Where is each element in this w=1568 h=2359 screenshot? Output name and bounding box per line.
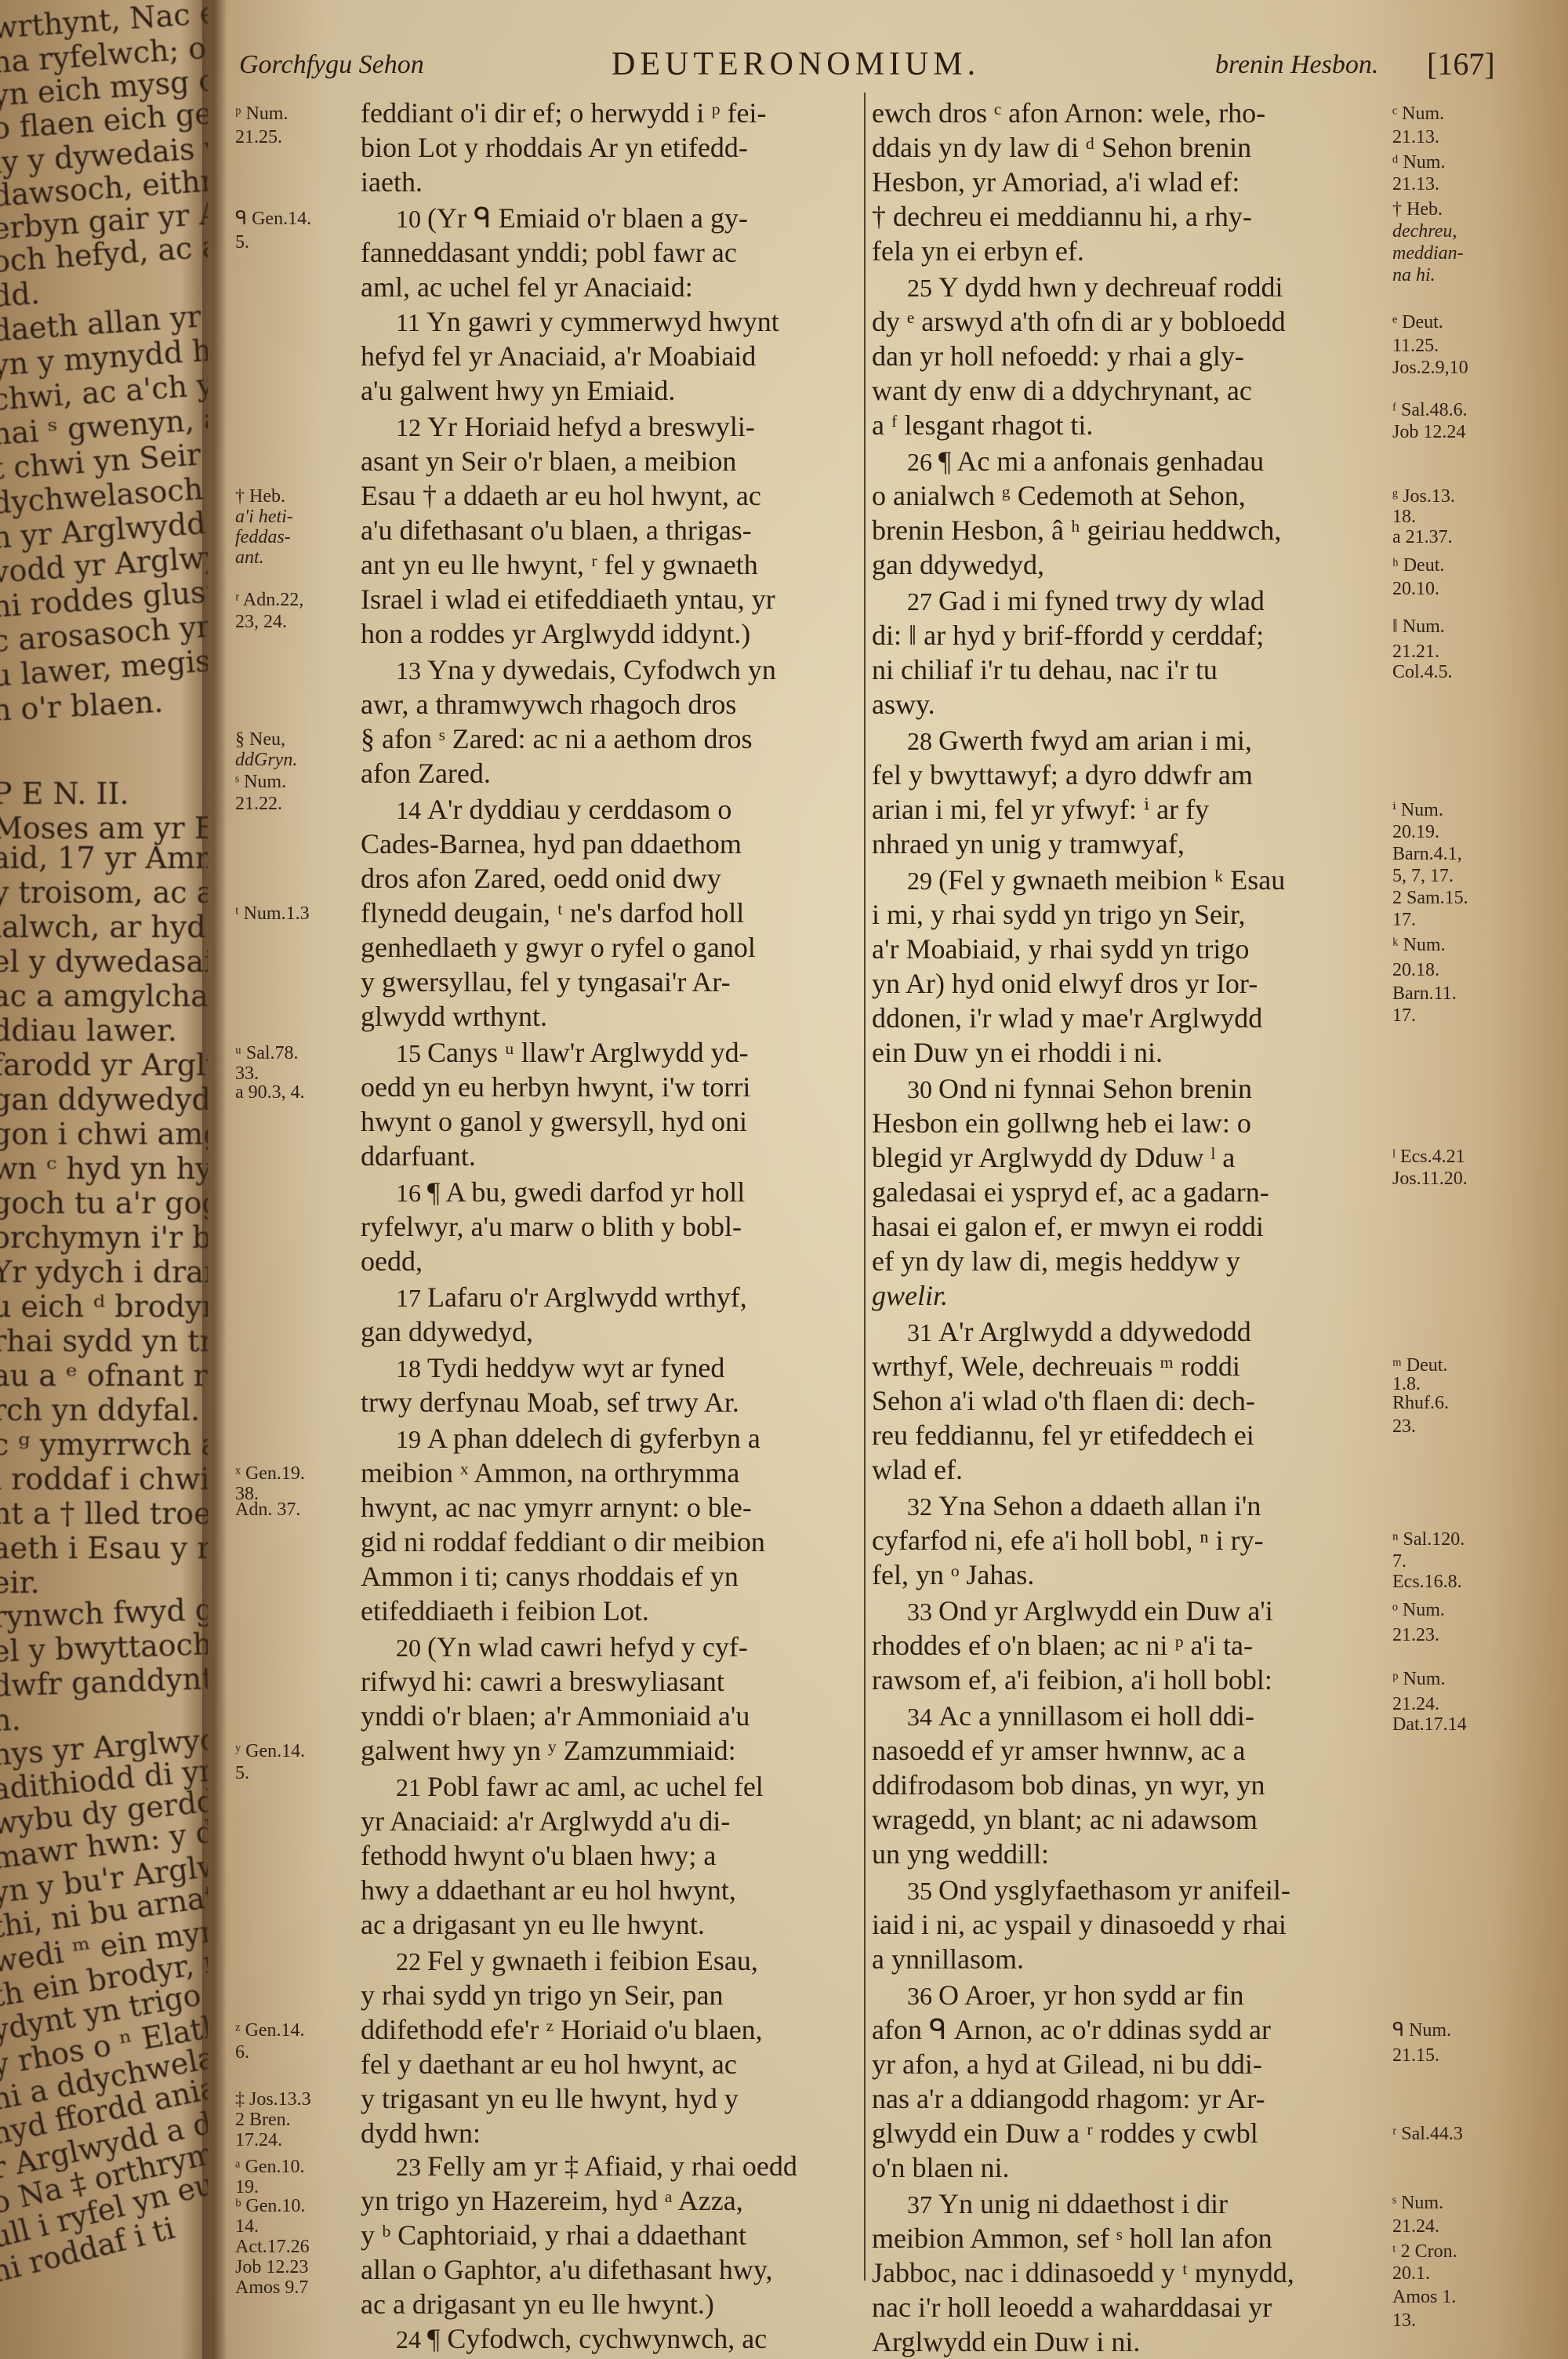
verse-number: 12 [396,413,427,442]
text-line: Sehon a'i wlad o'th flaen di: dech- [872,1385,1255,1416]
line-text: Ac a ynnillasom ei holl ddi- [938,1700,1254,1732]
text-line: nhraed yn unig y tramwyaf, [872,828,1185,860]
line-text: Ammon i ti; canys rhoddais ef yn [361,1561,739,1592]
cross-reference: ᵈ Num. [1392,152,1445,173]
text-line: a ynnillasom. [872,1943,1024,1975]
verse-number: 22 [396,1947,427,1976]
cross-reference: 21.13. [1392,174,1439,194]
line-text: (Yr ᑫ Emiaid o'r blaen a gy- [427,202,748,234]
cross-reference: 21.24. [1392,1694,1439,1714]
text-line: ewch dros ᶜ afon Arnon: wele, rho- [872,97,1265,129]
cross-reference: Job 12.23 [235,2257,308,2277]
facing-page-line: P E N. II. [0,776,129,811]
line-text: iaid i ni, ac yspail y dinasoedd y rhai [872,1909,1287,1940]
text-line: ddifethodd efe'r ᶻ Horiaid o'u blaen, [361,2014,763,2045]
verse-start-line: 17 Lafaru o'r Arglwydd wrthyf, [396,1281,747,1314]
verse-start-line: 36 O Aroer, yr hon sydd ar fin [907,1979,1243,2012]
text-line: a'u difethasant o'u blaen, a thrigas- [361,514,752,546]
cross-reference: 17. [1392,1005,1416,1026]
verse-start-line: 33 Ond yr Arglwydd ein Duw a'i [907,1595,1273,1627]
line-text: ant yn eu lle hwynt, ʳ fel y gwnaeth [361,549,758,580]
line-text: Gwerth fwyd am arian i mi, [938,725,1252,756]
verse-start-line: 22 Fel y gwnaeth i feibion Esau, [396,1945,758,1977]
verse-number: 27 [907,587,938,616]
text-line: Arglwydd ein Duw i ni. [872,2326,1140,2357]
line-text: wrthyf, Wele, dechreuais ᵐ roddi [872,1350,1240,1382]
line-text: oedd yn eu herbyn hwynt, i'w torri [361,1071,750,1103]
text-line: meibion ˣ Ammon, na orthrymma [361,1457,739,1488]
line-text: a ynnillasom. [872,1943,1024,1975]
line-text: Yr Horiaid hefyd a breswyli- [427,411,755,442]
line-text: ¶ Ac mi a anfonais genhadau [938,445,1264,477]
text-line: reu feddiannu, fel yr etifeddech ei [872,1419,1254,1451]
text-line: ant yn eu lle hwynt, ʳ fel y gwnaeth [361,549,758,580]
line-text: y trigasant yn eu lle hwynt, hyd y [361,2083,739,2114]
text-line: † dechreu ei meddiannu hi, a rhy- [872,201,1252,232]
line-text: nac i'r holl leoedd a waharddasai yr [872,2292,1272,2323]
verse-start-line: 19 A phan ddelech di gyferbyn a [396,1423,760,1455]
facing-page-line: orchymyn i'r bobl, gan dd [0,1220,208,1255]
text-line: nasoedd ef yr amser hwnnw, ac a [872,1735,1245,1766]
facing-page-line: eir. [0,1565,40,1600]
cross-reference: 17.24. [235,2130,282,2150]
line-text: Hesbon ein gollwng heb ei law: o [872,1107,1251,1139]
text-line: dydd hwn: [361,2117,481,2149]
verse-start-line: 24 ¶ Cyfodwch, cychwynwch, ac [396,2323,767,2355]
cross-reference: ˢ Num. [235,772,286,792]
line-text: dros afon Zared, oedd onid dwy [361,863,721,894]
verse-start-line: 37 Yn unig ni ddaethost i dir [907,2188,1228,2220]
facing-page-line: c ᵍ ymyrrwch arnynt, o ble [0,1427,208,1462]
verse-number: 24 [396,2325,427,2354]
text-line: ynddi o'r blaen; a'r Ammoniaid a'u [361,1700,750,1732]
text-line: a'u galwent hwy yn Emiaid. [361,375,675,406]
text-line: galwent hwy yn ʸ Zamzummiaid: [361,1735,736,1766]
cross-reference: Act.17.26 [235,2237,310,2257]
line-text: gan ddywedyd, [872,549,1044,580]
cross-reference: Amos 1. [1392,2287,1456,2307]
cross-reference: ˣ Gen.19. [235,1463,305,1484]
line-text: ynddi o'r blaen; a'r Ammoniaid a'u [361,1700,750,1732]
text-line: afon ᑫ Arnon, ac o'r ddinas sydd ar [872,2014,1271,2045]
text-line: flynedd deugain, ᵗ ne's darfod holl [361,897,744,929]
text-line: galedasai ei yspryd ef, ac a gadarn- [872,1176,1269,1208]
line-text: ewch dros ᶜ afon Arnon: wele, rho- [872,97,1265,129]
line-text: fanneddasant ynddi; pobl fawr ac [361,237,737,268]
cross-reference: 23, 24. [235,612,287,632]
cross-reference: Jos.2.9,10 [1392,358,1468,378]
text-line: Hesbon ein gollwng heb ei law: o [872,1107,1251,1139]
line-text: Yna Sehon a ddaeth allan i'n [938,1490,1261,1521]
line-text: ac a drigasant yn eu lle hwynt.) [361,2288,714,2320]
text-line: ddais yn dy law di ᵈ Sehon brenin [872,132,1251,163]
text-line: dy ᵉ arswyd a'th ofn di ar y bobloedd [872,306,1286,337]
line-text: flynedd deugain, ᵗ ne's darfod holl [361,897,744,929]
verse-number: 30 [907,1075,938,1103]
text-line: ac a drigasant yn eu lle hwynt. [361,1909,705,1940]
verse-start-line: 34 Ac a ynnillasom ei holl ddi- [907,1700,1254,1732]
facing-page-line: el y dywedasai'r Arglwydd [0,944,208,979]
facing-page-line: u eich ᵈ brodyr, meibion [0,1289,208,1324]
text-line: gan ddywedyd, [361,1316,533,1347]
cross-reference: ⁱ Num. [1392,800,1443,820]
text-line: meibion Ammon, sef ˢ holl lan afon [872,2223,1272,2254]
line-text: Lafaru o'r Arglwydd wrthyf, [427,1281,747,1313]
line-text: want dy enw di a ddychrynant, ac [872,375,1252,406]
text-line: Ammon i ti; canys rhoddais ef yn [361,1561,739,1592]
cross-reference: 5. [235,232,249,253]
line-text: hwynt o ganol y gwersyll, hyd oni [361,1106,747,1137]
cross-reference: ᵇ Gen.10. [235,2196,305,2216]
cross-reference: a 21.37. [1392,527,1453,547]
text-line: gid ni roddaf feddiant o dir meibion [361,1526,765,1558]
cross-reference: 20.19. [1392,822,1439,842]
text-line: genhedlaeth y gwyr o ryfel o ganol [361,932,756,963]
verse-number: 18 [396,1354,427,1383]
cross-reference: ᵖ Num. [235,104,288,124]
cross-reference: a 90.3, 4. [235,1082,305,1103]
text-line: fethodd hwynt o'u blaen hwy; a [361,1840,716,1871]
facing-page-line: ddiau lawer. [0,1013,177,1048]
text-line: y rhai sydd yn trigo yn Seir, pan [361,1979,724,2011]
line-text: blegid yr Arglwydd dy Dduw ˡ a [872,1142,1235,1173]
text-line: gan ddywedyd, [872,549,1044,580]
verse-number: 32 [907,1492,938,1521]
verse-number: 29 [907,867,938,895]
text-line: nas a'r a ddiangodd rhagom: yr Ar- [872,2083,1265,2114]
cross-reference: 13. [1392,2310,1416,2331]
line-text: aml, ac uchel fel yr Anaciaid: [361,271,693,303]
text-line: ddifrodasom bob dinas, yn wyr, yn [872,1769,1265,1801]
cross-reference: ant. [235,547,264,568]
cross-reference: 19. [235,2177,259,2197]
cross-reference: 23. [1392,1416,1416,1437]
line-text: yr Anaciaid: a'r Arglwydd a'u di- [361,1805,730,1837]
text-line: feddiant o'i dir ef; o herwydd i ᵖ fei- [361,97,767,129]
verse-number: 36 [907,1982,938,2010]
verse-start-line: 14 A'r dyddiau y cerddasom o [396,794,731,826]
line-text: afon ᑫ Arnon, ac o'r ddinas sydd ar [872,2014,1271,2045]
cross-reference: dechreu, [1392,221,1457,242]
text-line: rifwyd hi: cawri a breswyliasant [361,1666,724,1697]
text-line: hefyd fel yr Anaciaid, a'r Moabiaid [361,340,756,372]
verse-start-line: 28 Gwerth fwyd am arian i mi, [907,725,1252,757]
cross-reference: 20.10. [1392,579,1439,599]
verse-start-line: 18 Tydi heddyw wyt ar fyned [396,1352,724,1384]
verse-start-line: 25 Y dydd hwn y dechreuaf roddi [907,271,1283,304]
verse-number: 11 [396,308,426,336]
line-text: trwy derfynau Moab, sef trwy Ar. [361,1387,739,1418]
line-text: a'r Moabiaid, y rhai sydd yn trigo [872,933,1249,965]
text-line: hwynt, ac nac ymyrr arnynt: o ble- [361,1492,752,1523]
line-text: wlad ef. [872,1454,963,1485]
line-text: di: ‖ ar hyd y brif-ffordd y cerddaf; [872,620,1264,651]
text-line: aswy. [872,689,935,720]
line-text: hwynt, ac nac ymyrr arnynt: o ble- [361,1492,752,1523]
text-line: trwy derfynau Moab, sef trwy Ar. [361,1387,739,1418]
verse-start-line: 13 Yna y dywedais, Cyfodwch yn [396,654,776,686]
verse-number: 34 [907,1703,938,1731]
cross-reference: 20.1. [1392,2263,1430,2284]
line-text: bion Lot y rhoddais Ar yn etifedd- [361,132,748,163]
column-divider [864,93,866,2281]
text-line: yn Ar) hyd onid elwyf dros yr Ior- [872,968,1258,999]
text-line: dan yr holl nefoedd: y rhai a gly- [872,340,1244,372]
facing-page-line: h. [0,1703,21,1738]
cross-reference: 21.21. [1392,642,1439,662]
cross-reference: ᶜ Num. [1392,104,1444,124]
line-text: galwent hwy yn ʸ Zamzummiaid: [361,1735,736,1766]
text-line: oedd, [361,1245,423,1277]
facing-page-line: ac a amgylchasom ᵇ fynydd [0,979,208,1013]
text-line: nac i'r holl leoedd a waharddasai yr [872,2292,1272,2323]
cross-reference: ʸ Gen.14. [235,1741,305,1761]
text-line: rawsom ef, a'i feibion, a'i holl bobl: [872,1664,1272,1696]
line-text: ac a drigasant yn eu lle hwynt. [361,1909,705,1940]
line-text: Tydi heddyw wyt ar fyned [427,1352,724,1383]
line-text: Ond yr Arglwydd ein Duw a'i [938,1595,1273,1627]
line-text: dy ᵉ arswyd a'th ofn di ar y bobloedd [872,306,1286,337]
line-text: Pobl fawr ac aml, ac uchel fel [427,1771,764,1802]
cross-reference: ‖ Num. [1392,616,1445,637]
text-line: gwelir. [872,1280,948,1311]
cross-reference: ᵏ Num. [1392,935,1446,955]
cross-reference: 21.24. [1392,2216,1439,2237]
cross-reference: ʳ Sal.44.3 [1392,2124,1463,2144]
verse-start-line: 20 (Yn wlad cawri hefyd y cyf- [396,1631,748,1663]
cross-reference: meddian- [1392,243,1464,264]
text-line: cyfarfod ni, efe a'i holl bobl, ⁿ i ry- [872,1525,1264,1556]
text-line: y ᵇ Caphtoriaid, y rhai a ddaethant [361,2219,746,2251]
cross-reference: ᵉ Deut. [1392,312,1443,333]
cross-reference: ᵍ Jos.13. [1392,486,1455,507]
verse-start-line: 10 (Yr ᑫ Emiaid o'r blaen a gy- [396,202,748,234]
line-text: yn trigo yn Hazereim, hyd ᵃ Azza, [361,2185,743,2216]
text-line: a'r Moabiaid, y rhai sydd yn trigo [872,933,1249,965]
text-line: oedd yn eu herbyn hwynt, i'w torri [361,1071,750,1103]
text-line: o'n blaen ni. [872,2152,1009,2183]
line-text: i mi, y rhai sydd yn trigo yn Seir, [872,899,1246,930]
line-text: a ᶠ lesgant rhagot ti. [872,409,1093,441]
verse-start-line: 21 Pobl fawr ac aml, ac uchel fel [396,1771,764,1803]
line-text: ddifethodd efe'r ᶻ Horiaid o'u blaen, [361,2014,763,2045]
cross-reference: ʰ Deut. [1392,555,1444,576]
cross-reference: † Heb. [1392,199,1443,220]
text-line: wrthyf, Wele, dechreuais ᵐ roddi [872,1350,1240,1382]
verse-number: 10 [396,205,427,233]
line-text: y rhai sydd yn trigo yn Seir, pan [361,1979,724,2011]
text-line: aml, ac uchel fel yr Anaciaid: [361,271,693,303]
line-text: awr, a thramwywch rhagoch dros [361,689,736,720]
line-text: gid ni roddaf feddiant o dir meibion [361,1526,765,1558]
line-text: allan o Gaphtor, a'u difethasant hwy, [361,2254,773,2285]
text-line: un yng weddill: [872,1838,1049,1870]
text-line: asant yn Seir o'r blaen, a meibion [361,445,736,477]
cross-reference: 21.22. [235,794,282,814]
line-text: glwydd wrthynt. [361,1001,547,1032]
line-text: (Fel y gwnaeth meibion ᵏ Esau [938,864,1285,896]
facing-page-line: goch tu a'r gogledd. [0,1186,208,1220]
line-text: fethodd hwynt o'u blaen hwy; a [361,1840,716,1871]
text-line: ef yn dy law di, megis heddyw y [872,1245,1240,1277]
cross-reference: Barn.4.1, [1392,844,1462,864]
line-text: nasoedd ef yr amser hwnnw, ac a [872,1735,1245,1766]
left-running-title: Gorchfygu Sehon [239,50,424,80]
cross-reference: 17. [1392,910,1416,930]
text-line: glwydd ein Duw a ʳ roddes y cwbl [872,2117,1258,2149]
text-line: y trigasant yn eu lle hwynt, hyd y [361,2083,739,2114]
line-text: Yn unig ni ddaethost i dir [938,2188,1228,2219]
line-text: fel y bwyttawyf; a dyro ddwfr am [872,759,1253,791]
line-text: meibion Ammon, sef ˢ holl lan afon [872,2223,1272,2254]
line-text: etifeddiaeth i feibion Lot. [361,1595,649,1627]
line-text: ddarfuant. [361,1140,476,1172]
line-text: ¶ Cyfodwch, cychwynwch, ac [427,2323,767,2354]
facing-page-line: gon i chwi amgylchu'r my [0,1117,208,1151]
line-text: cyfarfod ni, efe a'i holl bobl, ⁿ i ry- [872,1525,1264,1556]
text-line: wragedd, yn blant; ac ni adawsom [872,1804,1258,1835]
cross-reference: ᵒ Num. [1392,1600,1445,1620]
cross-reference: ᶻ Gen.14. [235,2020,305,2041]
text-line: iaeth. [361,166,423,198]
verse-number: 19 [396,1425,427,1453]
cross-reference: ʳ Adn.22, [235,590,303,610]
verse-number: 13 [396,656,427,685]
text-line: want dy enw di a ddychrynant, ac [872,375,1252,406]
text-line: fel y daethant ar eu hol hwynt, ac [361,2048,737,2080]
line-text: glwydd ein Duw a ʳ roddes y cwbl [872,2117,1258,2149]
text-line: Hesbon, yr Amoriad, a'i wlad ef: [872,166,1240,198]
facing-page-line: ialwch, ar hyd ffordd y mor [0,910,208,944]
line-text: ein Duw yn ei rhoddi i ni. [872,1037,1163,1068]
cross-reference: ᵗ Num.1.3 [235,903,310,924]
verse-number: 23 [396,2153,427,2181]
line-text: a'u difethasant o'u blaen, a thrigas- [361,514,752,546]
verse-start-line: 32 Yna Sehon a ddaeth allan i'n [907,1490,1261,1522]
text-line: ac a drigasant yn eu lle hwynt.) [361,2288,714,2320]
line-text: gan ddywedyd, [361,1316,533,1347]
text-line: brenin Hesbon, â ʰ geiriau heddwch, [872,514,1281,546]
facing-page-line: aeth i Esau y rhoddais ʰ [0,1531,208,1565]
line-text: meibion ˣ Ammon, na orthrymma [361,1457,739,1488]
line-text: dan yr holl nefoedd: y rhai a gly- [872,340,1244,372]
line-text: ddifrodasom bob dinas, yn wyr, yn [872,1769,1265,1801]
line-text: ddais yn dy law di ᵈ Sehon brenin [872,132,1251,163]
text-line: di: ‖ ar hyd y brif-ffordd y cerddaf; [872,620,1264,651]
cross-reference: ᶠ Sal.48.6. [1392,400,1468,420]
line-text: § afon ˢ Zared: ac ni a aethom dros [361,723,752,754]
cross-reference: ᵐ Deut. [1392,1355,1447,1376]
cross-reference: 21.13. [1392,127,1439,147]
line-text: feddiant o'i dir ef; o herwydd i ᵖ fei- [361,97,767,129]
cross-reference: Adn. 37. [235,1499,300,1520]
facing-page-line: y troisom, ac a aethom i [0,875,208,910]
text-line: Israel i wlad ei etifeddiaeth yntau, yr [361,583,775,615]
verse-number: 31 [907,1318,938,1347]
cross-reference: na hi. [1392,265,1436,285]
cross-reference: ˡ Ecs.4.21 [1392,1147,1465,1167]
text-line: fanneddasant ynddi; pobl fawr ac [361,237,737,268]
paper-texture [0,0,1568,2359]
text-line: ryfelwyr, a'u marw o blith y bobl- [361,1211,742,1242]
verse-start-line: 26 ¶ Ac mi a anfonais genhadau [907,445,1264,478]
text-line: allan o Gaphtor, a'u difethasant hwy, [361,2254,773,2285]
cross-reference: ᵃ Gen.10. [235,2157,305,2177]
line-text: Y dydd hwn y dechreuaf roddi [938,271,1283,303]
text-line: afon Zared. [361,758,491,789]
cross-reference: 5, 7, 17. [1392,866,1454,886]
book-gutter [202,0,226,2359]
facing-page-line: Yr ydych i dramwyo trw [0,1255,208,1289]
running-header: Gorchfygu Sehon DEUTERONOMIUM. brenin He… [235,45,1560,93]
line-text: un yng weddill: [872,1838,1049,1870]
line-text: O Aroer, yr hon sydd ar fin [938,1979,1243,2011]
facing-page-line: gan ddywedyd, [0,1082,208,1117]
verse-start-line: 15 Canys ᵘ llaw'r Arglwydd yd- [396,1037,749,1069]
cross-reference: 21.23. [1392,1625,1439,1645]
line-text: nas a'r a ddiangodd rhagom: yr Ar- [872,2083,1265,2114]
line-text: a'u galwent hwy yn Emiaid. [361,375,675,406]
line-text: hwy a ddaethant ar eu hol hwynt, [361,1874,736,1906]
line-text: hefyd fel yr Anaciaid, a'r Moabiaid [361,340,756,372]
text-line: Esau † a ddaeth ar eu hol hwynt, ac [361,480,761,511]
cross-reference: feddas- [235,527,291,547]
line-text: † dechreu ei meddiannu hi, a rhy- [872,201,1252,232]
verse-number: 17 [396,1284,427,1312]
line-text: fel y daethant ar eu hol hwynt, ac [361,2048,737,2080]
text-line: yr Anaciaid: a'r Arglwydd a'u di- [361,1805,730,1837]
verse-start-line: 35 Ond ysglyfaethasom yr anifeil- [907,1874,1290,1906]
line-text: wragedd, yn blant; ac ni adawsom [872,1804,1258,1835]
verse-number: 16 [396,1179,427,1207]
text-line: fel, yn ᵒ Jahas. [872,1559,1034,1590]
verse-start-line: 29 (Fel y gwnaeth meibion ᵏ Esau [907,864,1285,896]
text-line: o anialwch ᵍ Cedemoth at Sehon, [872,480,1246,511]
line-text: Canys ᵘ llaw'r Arglwydd yd- [427,1037,749,1068]
book-title: DEUTERONOMIUM. [612,45,980,83]
line-text: rhoddes ef o'n blaen; ac ni ᵖ a'i ta- [872,1630,1253,1661]
text-line: bion Lot y rhoddais Ar yn etifedd- [361,132,748,163]
line-text: Israel i wlad ei etifeddiaeth yntau, yr [361,583,775,615]
facing-page: wrthynt, Nac ewch;na ryfelwch; o blegid:… [0,0,208,2359]
text-line: hasai ei galon ef, er mwyn ei roddi [872,1211,1264,1242]
verse-number: 35 [907,1877,938,1905]
line-text: galedasai ei yspryd ef, ac a gadarn- [872,1176,1269,1208]
line-text: (Yn wlad cawri hefyd y cyf- [427,1631,748,1663]
verse-start-line: 12 Yr Horiaid hefyd a breswyli- [396,411,755,443]
facing-page-line: au a ᵉ ofnant rhagoch: ᶠ ond [0,1358,208,1393]
facing-page-line: farodd yr Arglwydd wrthyf, [0,1048,208,1082]
line-text: reu feddiannu, fel yr etifeddech ei [872,1419,1254,1451]
line-text: o'n blaen ni. [872,2152,1009,2183]
verse-start-line: 23 Felly am yr ‡ Afiaid, y rhai oedd [396,2150,797,2183]
text-line: awr, a thramwywch rhagoch dros [361,689,736,720]
text-line: etifeddiaeth i feibion Lot. [361,1595,649,1627]
verse-number: 26 [907,448,938,476]
right-running-title: brenin Hesbon. [1215,50,1378,80]
cross-reference: ᵘ Sal.78. [235,1043,299,1063]
line-text: Gad i mi fyned trwy dy wlad [938,585,1265,616]
text-line: Cades-Barnea, hyd pan ddaethom [361,828,742,860]
text-line: rhoddes ef o'n blaen; ac ni ᵖ a'i ta- [872,1630,1253,1661]
text-line: Jabboc, nac i ddinasoedd y ᵗ mynydd, [872,2257,1294,2288]
line-text: Jabboc, nac i ddinasoedd y ᵗ mynydd, [872,2257,1294,2288]
line-text: A phan ddelech di gyferbyn a [427,1423,760,1454]
line-text: Esau † a ddaeth ar eu hol hwynt, ac [361,480,761,511]
text-line: arian i mi, fel yr yfwyf: ⁱ ar fy [872,794,1209,825]
line-text: Fel y gwnaeth i feibion Esau, [427,1945,758,1976]
line-text: iaeth. [361,166,423,198]
